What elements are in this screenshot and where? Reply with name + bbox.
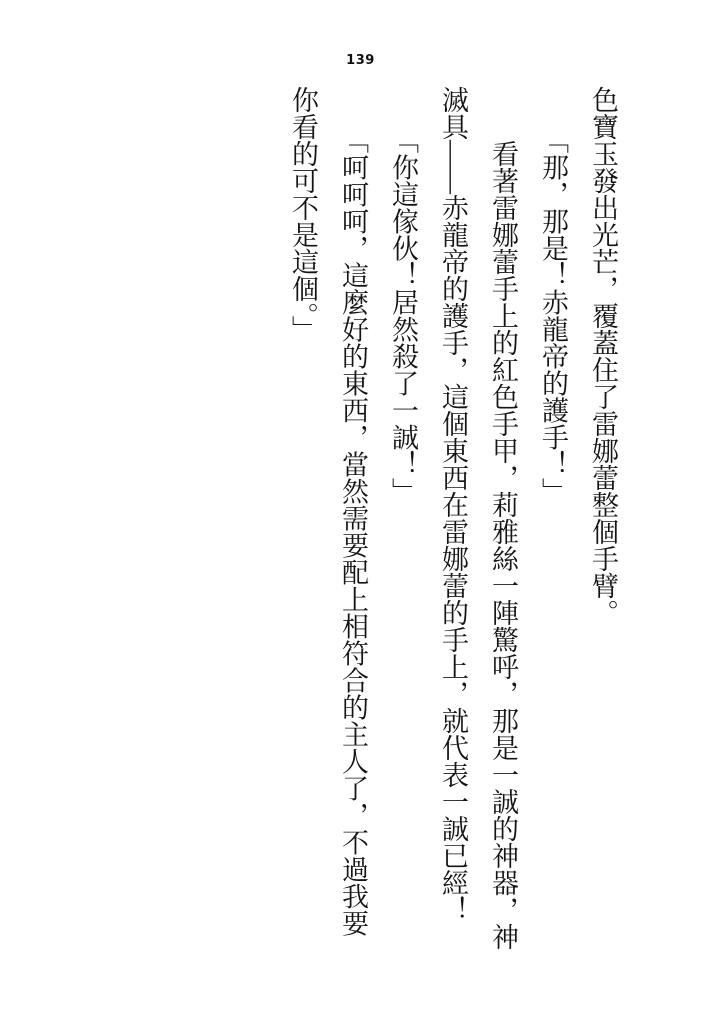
vertical-text-area: 色寶玉發出光芒，覆蓋住了雷娜蕾整個手臂。 「那，那是！赤龍帝的護手！」 看著雷娜… xyxy=(278,86,628,952)
text-line: 「你這傢伙！居然殺了一誠！」 xyxy=(378,86,428,952)
text-line: 「呵呵呵，這麼好的東西，當然需要配上相符合的主人了，不過我要 xyxy=(328,86,378,952)
text-line: 滅具——赤龍帝的護手，這個東西在雷娜蕾的手上，就代表一誠已經！ xyxy=(428,86,478,952)
page-number: 139 xyxy=(0,53,721,68)
book-page: 139 色寶玉發出光芒，覆蓋住了雷娜蕾整個手臂。 「那，那是！赤龍帝的護手！」 … xyxy=(0,0,721,1020)
text-line: 你看的可不是這個。」 xyxy=(278,86,328,952)
text-line: 「那，那是！赤龍帝的護手！」 xyxy=(528,86,578,952)
text-line: 色寶玉發出光芒，覆蓋住了雷娜蕾整個手臂。 xyxy=(578,86,628,952)
text-line: 看著雷娜蕾手上的紅色手甲，莉雅絲一陣驚呼，那是一誠的神器，神 xyxy=(478,86,528,952)
